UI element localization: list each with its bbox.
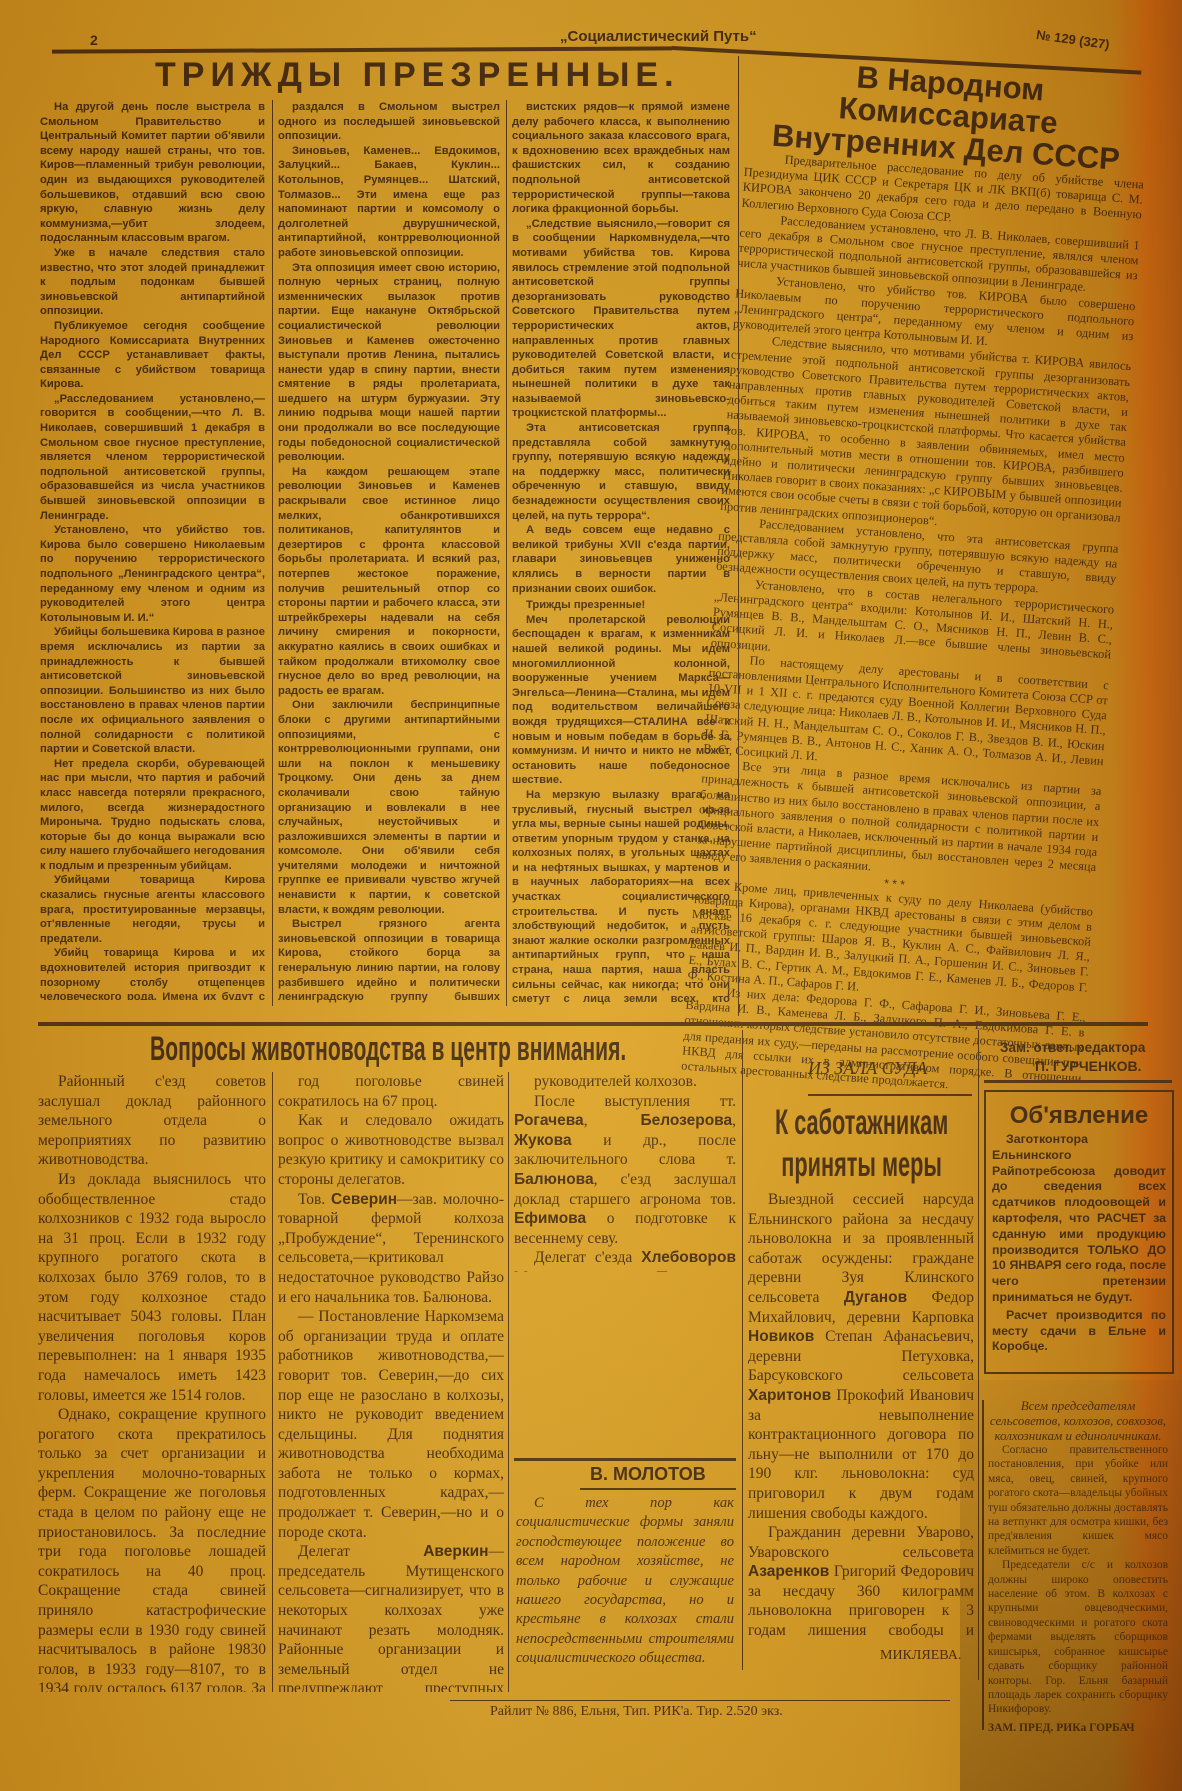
imprint-rule [450,1700,950,1701]
nkvd-paragraph: Следствие выяснило, что мотивами убийств… [720,332,1132,542]
livestock-paragraph: Делегат с'езда Хлебоворов Максим Павлови… [514,1248,736,1272]
column-divider [978,1030,979,1680]
lead-paragraph: На каждом решающем этапе революции Зинов… [278,465,500,699]
newspaper-title: „Социалистический Путь“ [560,28,757,45]
livestock-paragraph: год поголовье свиней сократилось на 67 п… [278,1072,504,1111]
livestock-col1: Районный с'езд советов заслушал доклад р… [38,1072,266,1692]
announcement-text2: Расчет производится по месту сдачи в Ель… [986,1308,1172,1355]
lead-paragraph: На другой день после выстрела в Смольном… [40,100,265,246]
livestock-article-title: Вопросы животноводства в центр внимания. [150,1030,626,1069]
notice-heading: Всем председателям сельсоветов, колхозов… [988,1398,1168,1443]
newspaper-page: 2 „Социалистический Путь“ № 129 (327) ТР… [0,0,1182,1791]
lead-paragraph: „Расследованием установлено,—говорится в… [40,392,265,523]
lead-paragraph: вистских рядов—к прямой измене делу рабо… [512,100,730,217]
lead-paragraph: Установлено, что убийство тов. Кирова бы… [40,523,265,625]
livestock-paragraph: Из доклада выяснилось что обобществленно… [38,1170,266,1405]
quote-rule [514,1458,736,1461]
livestock-col3: руководителей колхозов.После выступления… [514,1072,736,1272]
livestock-col2: год поголовье свиней сократилось на 67 п… [278,1072,504,1692]
lead-paragraph: Они заключили беспринципные блоки с друг… [278,698,500,917]
lead-paragraph: Публикуемое сегодня сообщение Народного … [40,319,265,392]
court-rubric-rule [808,1094,972,1096]
lead-paragraph: Эта антисоветская группа представляла со… [512,421,730,523]
lead-paragraph: А ведь совсем еще недавно с великой триб… [512,523,730,596]
column-divider [272,1072,273,1692]
nkvd-article: В Народном Комиссариате Внутренних Дел С… [681,54,1151,1102]
announcement-title: Об'явление [986,1102,1172,1130]
livestock-paragraph: Тов. Северин—зав. молочно-товарной фермо… [278,1190,504,1308]
editor-line1: Зам. ответ. редактора [1000,1040,1145,1055]
lead-subheading: Трижды презренные! [512,598,730,613]
section-rule [38,1022,1148,1026]
livestock-paragraph: — Постановление Наркомзема об организаци… [278,1307,504,1542]
court-body: Выездной сессией нарсуда Ельнинского рай… [748,1190,974,1640]
livestock-paragraph: Однако, сокращение крупного рогатого ско… [38,1405,266,1692]
column-divider [508,1072,509,1692]
notice: Всем председателям сельсоветов, колхозов… [988,1398,1168,1738]
column-divider [506,100,507,1006]
lead-article-col1: На другой день после выстрела в Смольном… [40,100,265,1000]
lead-paragraph: Убийц товарища Кирова и их вдохновителей… [40,946,265,1000]
notice-paragraph: Согласно правительственного постановлени… [988,1443,1168,1558]
imprint: Райлит № 886, Ельня, Тип. РИК'а. Тир. 2.… [490,1704,783,1720]
nkvd-body: Предварительное расследование по делу об… [695,150,1144,891]
column-divider [742,1030,743,1670]
livestock-paragraph: Районный с'езд советов заслушал доклад р… [38,1072,266,1170]
notice-divider [982,1400,984,1730]
livestock-paragraph: Делегат Аверкин—председатель Мутищенског… [278,1542,504,1692]
lead-paragraph: Выстрел грязного агента зиновьевской опп… [278,917,500,1006]
court-rubric: ИЗ ЗАЛА СУДА [808,1058,927,1079]
editor-rule [984,1080,1172,1083]
announcement-text: Заготконтора Ельнинского Райпотребсоюза … [986,1130,1172,1308]
notice-paragraph: Председатели с/с и колхозов должны широк… [988,1558,1168,1716]
court-paragraph: Выездной сессией нарсуда Ельнинского рай… [748,1190,974,1523]
lead-paragraph: раздался в Смольном выстрел одного из по… [278,100,500,144]
lead-paragraph: Уже в начале следствия стало известно, ч… [40,246,265,319]
lead-paragraph: Нет предела скорби, обуревающей нас при … [40,757,265,874]
lead-paragraph: Зиновьев, Каменев... Евдокимов, Залуцкий… [278,144,500,261]
editor-line2: П. ГУРЧЕНКОВ. [1035,1058,1142,1074]
lead-paragraph: „Следствие выяснило,—говорит ся в сообще… [512,217,730,421]
notice-signature: ЗАМ. ПРЕД. РИКа ГОРБАЧ [988,1721,1168,1735]
quote-text: С тех пор как социалистические формы зан… [516,1494,734,1664]
court-signature: МИКЛЯЕВА. [880,1648,961,1664]
lead-paragraph: Меч пролетарской революции беспощаден к … [512,613,730,788]
quote-author: В. МОЛОТОВ [590,1464,706,1485]
lead-paragraph: Убийцами товарища Кирова сказались гнусн… [40,873,265,946]
lead-article-col2: раздался в Смольном выстрел одного из по… [278,100,500,1006]
quote-author-underline [580,1488,736,1490]
page-number: 2 [90,32,98,48]
lead-article-title: ТРИЖДЫ ПРЕЗРЕННЫЕ. [155,56,680,95]
announcement-box: Об'явление Заготконтора Ельнинского Райп… [984,1090,1174,1374]
livestock-paragraph: руководителей колхозов. [514,1072,736,1092]
livestock-paragraph: Как и следовало ожидать вопрос о животно… [278,1111,504,1189]
issue-number: № 129 (327) [1036,27,1111,52]
court-title: К саботажникам приняты меры [750,1102,973,1186]
lead-paragraph: Убийцы большевика Кирова в разное время … [40,625,265,756]
column-divider [272,100,273,1006]
court-paragraph: Гражданин деревни Уварово, Уваровского с… [748,1523,974,1640]
livestock-paragraph: После выступления тт. Рогачева, Белозеро… [514,1092,736,1249]
lead-paragraph: Эта оппозиция имеет свою историю, полную… [278,261,500,465]
